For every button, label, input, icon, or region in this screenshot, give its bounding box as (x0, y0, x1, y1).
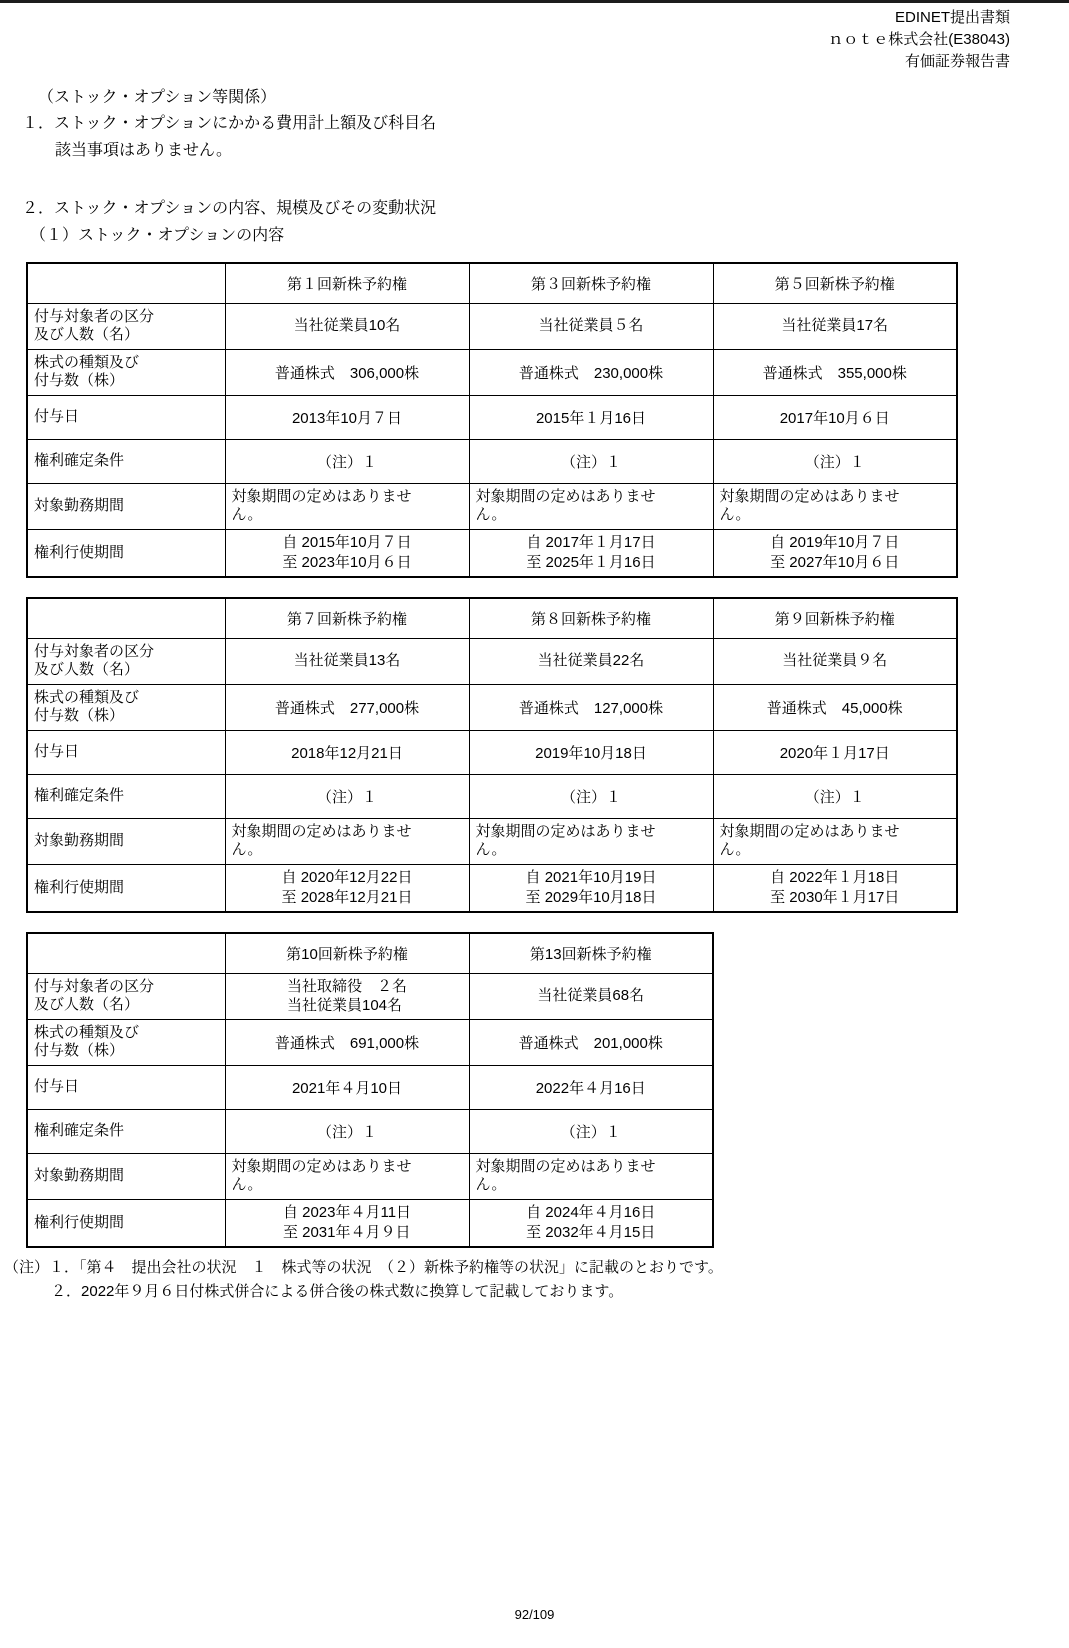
corner-cell (27, 263, 225, 303)
cell-grant_date: 2017年10月６日 (713, 395, 957, 439)
top-rule (0, 0, 1069, 3)
cell-service: 対象期間の定めはありませ ん。 (225, 818, 469, 864)
cell-text: 当社従業員22名 (538, 651, 645, 671)
column-header: 第10回新株予約権 (225, 933, 469, 973)
note-2-text: 2022年９月６日付株式併合による併合後の株式数に換算して記載しております。 (81, 1283, 623, 1300)
row-label-grant_date: 付与日 (27, 730, 225, 774)
cell-shares: 普通株式 691,000株 (225, 1019, 469, 1065)
cell-shares: 普通株式 355,000株 (713, 349, 957, 395)
row-label-shares: 株式の種類及び 付与数（株） (27, 1019, 225, 1065)
row-label-exercise: 権利行使期間 (27, 1199, 225, 1247)
corner-cell (27, 933, 225, 973)
cell-text: 当社従業員17名 (781, 316, 888, 336)
cell-grant_date: 2018年12月21日 (225, 730, 469, 774)
cell-grant_date: 2022年４月16日 (469, 1065, 713, 1109)
cell-grantees: 当社従業員９名 (713, 638, 957, 684)
row-label-service: 対象勤務期間 (27, 483, 225, 529)
doc-type: EDINET提出書類 (0, 7, 1010, 29)
cell-grantees: 当社従業員68名 (469, 973, 713, 1019)
row-label-shares: 株式の種類及び 付与数（株） (27, 684, 225, 730)
cell-exercise: 自 2021年10月19日 至 2029年10月18日 (469, 864, 713, 912)
cell-text: 当社従業員10名 (294, 316, 401, 336)
footnotes: （注）１．「第４ 提出会社の状況 １ 株式等の状況 （２）新株予約権等の状況」に… (4, 1256, 1069, 1305)
row-label-vesting: 権利確定条件 (27, 439, 225, 483)
document-page: EDINET提出書類 ｎｏｔｅ株式会社(E38043) 有価証券報告書 （ストッ… (0, 0, 1069, 1648)
cell-service: 対象期間の定めはありませ ん。 (713, 483, 957, 529)
cell-vesting: （注）１ (469, 1109, 713, 1153)
cell-text: 自 2022年１月18日 至 2030年１月17日 (770, 868, 899, 907)
cell-exercise: 自 2015年10月７日 至 2023年10月６日 (225, 529, 469, 577)
corner-cell (27, 598, 225, 638)
cell-text: 自 2023年４月11日 至 2031年４月９日 (283, 1203, 411, 1242)
cell-shares: 普通株式 277,000株 (225, 684, 469, 730)
row-label-service: 対象勤務期間 (27, 818, 225, 864)
cell-exercise: 自 2023年４月11日 至 2031年４月９日 (225, 1199, 469, 1247)
note-label: （注） (4, 1259, 49, 1276)
cell-text: 自 2021年10月19日 至 2029年10月18日 (526, 868, 657, 907)
row-label-vesting: 権利確定条件 (27, 1109, 225, 1153)
cell-service: 対象期間の定めはありませ ん。 (469, 818, 713, 864)
item1-body: 該当事項はありません。 (55, 140, 1069, 161)
note-2-number: ２． (51, 1283, 81, 1300)
item1-heading: １．ストック・オプションにかかる費用計上額及び科目名 (22, 113, 1069, 134)
cell-shares: 普通株式 127,000株 (469, 684, 713, 730)
cell-grantees: 当社取締役 ２名 当社従業員104名 (225, 973, 469, 1019)
cell-text: 当社従業員９名 (782, 651, 887, 671)
cell-service: 対象期間の定めはありませ ん。 (225, 1153, 469, 1199)
row-label-vesting: 権利確定条件 (27, 774, 225, 818)
cell-grantees: 当社従業員17名 (713, 303, 957, 349)
row-label-grant_date: 付与日 (27, 1065, 225, 1109)
footnote-1: （注）１．「第４ 提出会社の状況 １ 株式等の状況 （２）新株予約権等の状況」に… (4, 1256, 1069, 1280)
cell-text: 自 2017年１月17日 至 2025年１月16日 (526, 533, 655, 572)
cell-vesting: （注）１ (225, 1109, 469, 1153)
row-label-shares: 株式の種類及び 付与数（株） (27, 349, 225, 395)
cell-vesting: （注）１ (469, 439, 713, 483)
cell-exercise: 自 2020年12月22日 至 2028年12月21日 (225, 864, 469, 912)
cell-grantees: 当社従業員22名 (469, 638, 713, 684)
column-header: 第８回新株予約権 (469, 598, 713, 638)
company-name: ｎｏｔｅ株式会社(E38043) (0, 29, 1010, 51)
row-label-service: 対象勤務期間 (27, 1153, 225, 1199)
cell-vesting: （注）１ (713, 774, 957, 818)
cell-exercise: 自 2024年４月16日 至 2032年４月15日 (469, 1199, 713, 1247)
report-type: 有価証券報告書 (0, 51, 1010, 73)
cell-shares: 普通株式 201,000株 (469, 1019, 713, 1065)
column-header: 第13回新株予約権 (469, 933, 713, 973)
cell-vesting: （注）１ (225, 439, 469, 483)
cell-service: 対象期間の定めはありませ ん。 (225, 483, 469, 529)
cell-vesting: （注）１ (225, 774, 469, 818)
row-label-grant_date: 付与日 (27, 395, 225, 439)
cell-grantees: 当社従業員10名 (225, 303, 469, 349)
note-1-text: 「第４ 提出会社の状況 １ 株式等の状況 （２）新株予約権等の状況」に記載のとお… (79, 1259, 723, 1276)
intro-section: （ストック・オプション等関係） １．ストック・オプションにかかる費用計上額及び科… (0, 87, 1069, 246)
edinet-header: EDINET提出書類 ｎｏｔｅ株式会社(E38043) 有価証券報告書 (0, 7, 1069, 73)
cell-text: 当社取締役 ２名 当社従業員104名 (287, 977, 407, 1016)
row-label-exercise: 権利行使期間 (27, 864, 225, 912)
cell-shares: 普通株式 306,000株 (225, 349, 469, 395)
item2-subheading: （１）ストック・オプションの内容 (30, 225, 1069, 246)
cell-service: 対象期間の定めはありませ ん。 (469, 1153, 713, 1199)
row-label-grantees: 付与対象者の区分 及び人数（名） (27, 303, 225, 349)
column-header: 第３回新株予約権 (469, 263, 713, 303)
column-header: 第１回新株予約権 (225, 263, 469, 303)
cell-grant_date: 2015年１月16日 (469, 395, 713, 439)
cell-service: 対象期間の定めはありませ ん。 (713, 818, 957, 864)
column-header: 第５回新株予約権 (713, 263, 957, 303)
cell-text: 自 2020年12月22日 至 2028年12月21日 (282, 868, 413, 907)
cell-exercise: 自 2017年１月17日 至 2025年１月16日 (469, 529, 713, 577)
item2-heading: ２．ストック・オプションの内容、規模及びその変動状況 (22, 198, 1069, 219)
section-title: （ストック・オプション等関係） (38, 87, 1069, 108)
footnote-2: ２．2022年９月６日付株式併合による併合後の株式数に換算して記載しております。 (51, 1280, 1069, 1304)
cell-grant_date: 2020年１月17日 (713, 730, 957, 774)
cell-text: 当社従業員13名 (294, 651, 401, 671)
stock-option-table-2: 第７回新株予約権第８回新株予約権第９回新株予約権付与対象者の区分 及び人数（名）… (26, 597, 958, 913)
row-label-exercise: 権利行使期間 (27, 529, 225, 577)
page-number: 92/109 (0, 1607, 1069, 1622)
cell-service: 対象期間の定めはありませ ん。 (469, 483, 713, 529)
cell-grantees: 当社従業員５名 (469, 303, 713, 349)
note-1-number: １． (49, 1259, 79, 1276)
cell-exercise: 自 2019年10月７日 至 2027年10月６日 (713, 529, 957, 577)
cell-text: 自 2024年４月16日 至 2032年４月15日 (526, 1203, 655, 1242)
cell-shares: 普通株式 45,000株 (713, 684, 957, 730)
row-label-grantees: 付与対象者の区分 及び人数（名） (27, 638, 225, 684)
stock-option-table-1: 第１回新株予約権第３回新株予約権第５回新株予約権付与対象者の区分 及び人数（名）… (26, 262, 958, 578)
row-label-grantees: 付与対象者の区分 及び人数（名） (27, 973, 225, 1019)
cell-text: 自 2015年10月７日 至 2023年10月６日 (282, 533, 411, 572)
cell-vesting: （注）１ (469, 774, 713, 818)
cell-shares: 普通株式 230,000株 (469, 349, 713, 395)
cell-grant_date: 2013年10月７日 (225, 395, 469, 439)
cell-grant_date: 2021年４月10日 (225, 1065, 469, 1109)
column-header: 第７回新株予約権 (225, 598, 469, 638)
stock-option-table-3: 第10回新株予約権第13回新株予約権付与対象者の区分 及び人数（名）当社取締役 … (26, 932, 714, 1248)
cell-text: 自 2019年10月７日 至 2027年10月６日 (770, 533, 899, 572)
cell-grant_date: 2019年10月18日 (469, 730, 713, 774)
cell-exercise: 自 2022年１月18日 至 2030年１月17日 (713, 864, 957, 912)
cell-text: 当社従業員68名 (537, 986, 644, 1006)
cell-text: 当社従業員５名 (538, 316, 643, 336)
cell-grantees: 当社従業員13名 (225, 638, 469, 684)
cell-vesting: （注）１ (713, 439, 957, 483)
column-header: 第９回新株予約権 (713, 598, 957, 638)
